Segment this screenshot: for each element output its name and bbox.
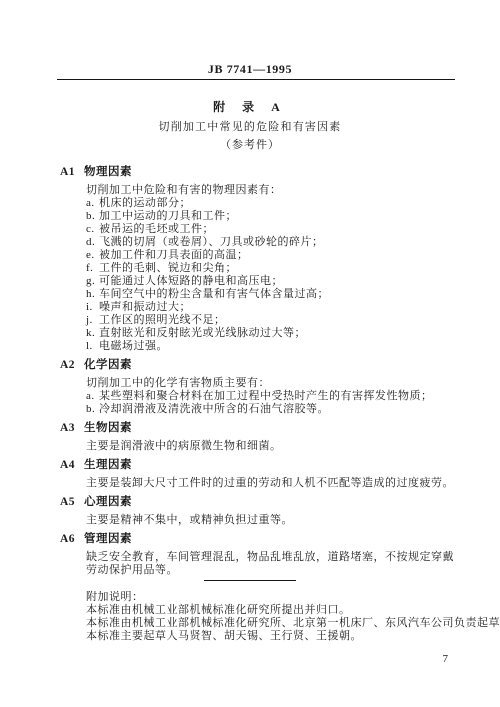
item-text: 电磁场过强。 <box>99 340 168 352</box>
appendix-note: （参考件） <box>0 138 500 152</box>
section-title: 心理因素 <box>84 496 132 508</box>
section-a3: A3生物因素 主要是润滑液中的病原微生物和细菌。 <box>60 421 456 453</box>
item-text: 机床的运动部分； <box>99 197 191 209</box>
list-item: k.直射眩光和反射眩光或光线脉动过大等； <box>86 327 456 340</box>
list-item: b.冷却润滑液及清洗液中所含的石油气溶胶等。 <box>86 403 456 416</box>
item-text: 加工中运动的刀具和工件； <box>99 210 237 222</box>
section-body: 主要是精神不集中，或精神负担过重等。 <box>86 514 456 527</box>
section-title: 管理因素 <box>84 533 132 545</box>
item-label: g. <box>86 275 99 288</box>
list-item: e.被加工件和刀具表面的高温； <box>86 249 456 262</box>
section-heading: A4生理因素 <box>60 458 456 472</box>
section-id: A6 <box>60 532 84 546</box>
item-text: 工作区的照明光线不足； <box>99 314 226 326</box>
item-label: i. <box>86 301 99 314</box>
item-label: h. <box>86 288 99 301</box>
addendum-line: 本标准由机械工业部机械标准化研究所、北京第一机床厂、东风汽车公司负责起草。 <box>86 617 456 630</box>
item-text: 噪声和振动过大； <box>99 301 191 313</box>
item-label: c. <box>86 223 99 236</box>
item-label: k. <box>86 327 99 340</box>
item-text: 可能通过人体短路的静电和高压电； <box>99 275 283 287</box>
section-intro: 切削加工中危险和有害的物理因素有： <box>86 184 456 197</box>
list-item: a.某些塑料和聚合材料在加工过程中受热时产生的有害挥发性物质； <box>86 390 456 403</box>
section-body: 主要是装卸大尺寸工件时的过重的劳动和人机不匹配等造成的过度疲劳。 <box>86 477 456 490</box>
section-title: 物理因素 <box>84 166 132 178</box>
addendum-line: 本标准由机械工业部机械标准化研究所提出并归口。 <box>86 604 456 617</box>
item-text: 被吊运的毛坯或工件； <box>99 223 214 235</box>
section-id: A3 <box>60 421 84 435</box>
item-label: a. <box>86 197 99 210</box>
section-items: a.机床的运动部分； b.加工中运动的刀具和工件； c.被吊运的毛坯或工件； d… <box>86 197 456 353</box>
list-item: j.工作区的照明光线不足； <box>86 314 456 327</box>
section-items: a.某些塑料和聚合材料在加工过程中受热时产生的有害挥发性物质； b.冷却润滑液及… <box>86 390 456 416</box>
item-label: a. <box>86 390 99 403</box>
item-label: b. <box>86 403 99 416</box>
section-a1: A1物理因素 切削加工中危险和有害的物理因素有： a.机床的运动部分； b.加工… <box>60 165 456 353</box>
addendum-title: 附加说明： <box>86 591 456 604</box>
section-id: A5 <box>60 495 84 509</box>
section-id: A2 <box>60 358 84 372</box>
list-item: g.可能通过人体短路的静电和高压电； <box>86 275 456 288</box>
list-item: f.工件的毛刺、锐边和尖角； <box>86 262 456 275</box>
section-heading: A3生物因素 <box>60 421 456 435</box>
document-body: A1物理因素 切削加工中危险和有害的物理因素有： a.机床的运动部分； b.加工… <box>0 152 500 564</box>
item-label: j. <box>86 314 99 327</box>
list-item: b.加工中运动的刀具和工件； <box>86 210 456 223</box>
section-heading: A2化学因素 <box>60 358 456 372</box>
section-body: 切削加工中的化学有害物质主要有： a.某些塑料和聚合材料在加工过程中受热时产生的… <box>86 377 456 416</box>
section-intro: 主要是装卸大尺寸工件时的过重的劳动和人机不匹配等造成的过度疲劳。 <box>86 477 456 490</box>
item-label: b. <box>86 210 99 223</box>
section-body: 切削加工中危险和有害的物理因素有： a.机床的运动部分； b.加工中运动的刀具和… <box>86 184 456 353</box>
section-title: 生理因素 <box>84 459 132 471</box>
addendum: 附加说明： 本标准由机械工业部机械标准化研究所提出并归口。 本标准由机械工业部机… <box>86 591 456 643</box>
section-id: A4 <box>60 458 84 472</box>
list-item: d.飞溅的切屑（或卷屑）、刀具或砂轮的碎片； <box>86 236 456 249</box>
document-page: JB 7741—1995 附 录 A 切削加工中常见的危险和有害因素 （参考件）… <box>0 0 500 707</box>
section-body: 主要是润滑液中的病原微生物和细菌。 <box>86 440 456 453</box>
appendix-title: 附 录 A <box>0 100 500 115</box>
list-item: c.被吊运的毛坯或工件； <box>86 223 456 236</box>
section-heading: A5心理因素 <box>60 495 456 509</box>
section-intro: 主要是润滑液中的病原微生物和细菌。 <box>86 440 456 453</box>
header-rule <box>57 79 455 80</box>
section-a5: A5心理因素 主要是精神不集中，或精神负担过重等。 <box>60 495 456 527</box>
list-item: i.噪声和振动过大； <box>86 301 456 314</box>
item-text: 工件的毛刺、锐边和尖角； <box>99 262 237 274</box>
section-id: A1 <box>60 165 84 179</box>
section-title: 化学因素 <box>84 359 132 371</box>
section-divider <box>204 580 296 581</box>
appendix-heading: 附 录 A 切削加工中常见的危险和有害因素 （参考件） <box>0 100 500 152</box>
item-text: 冷却润滑液及清洗液中所含的石油气溶胶等。 <box>99 403 329 415</box>
section-title: 生物因素 <box>84 422 132 434</box>
addendum-line: 本标准主要起草人马贤智、胡天锡、王行贤、王援朝。 <box>86 630 456 643</box>
section-intro: 切削加工中的化学有害物质主要有： <box>86 377 456 390</box>
item-text: 某些塑料和聚合材料在加工过程中受热时产生的有害挥发性物质； <box>99 390 433 402</box>
page-number: 7 <box>443 653 449 665</box>
item-label: d. <box>86 236 99 249</box>
appendix-subtitle: 切削加工中常见的危险和有害因素 <box>0 120 500 134</box>
section-a4: A4生理因素 主要是装卸大尺寸工件时的过重的劳动和人机不匹配等造成的过度疲劳。 <box>60 458 456 490</box>
list-item: a.机床的运动部分； <box>86 197 456 210</box>
section-intro: 缺乏安全教育，车间管理混乱，物品乱堆乱放，道路堵塞，不按规定穿戴劳动保护用品等。 <box>86 551 456 564</box>
list-item: h.车间空气中的粉尘含量和有害气体含量过高； <box>86 288 456 301</box>
item-label: f. <box>86 262 99 275</box>
section-a2: A2化学因素 切削加工中的化学有害物质主要有： a.某些塑料和聚合材料在加工过程… <box>60 358 456 416</box>
section-intro: 主要是精神不集中，或精神负担过重等。 <box>86 514 456 527</box>
section-body: 缺乏安全教育，车间管理混乱，物品乱堆乱放，道路堵塞，不按规定穿戴劳动保护用品等。 <box>86 551 456 564</box>
list-item: l.电磁场过强。 <box>86 340 456 353</box>
item-text: 直射眩光和反射眩光或光线脉动过大等； <box>99 327 306 339</box>
section-heading: A6管理因素 <box>60 532 456 546</box>
item-label: l. <box>86 340 99 353</box>
item-label: e. <box>86 249 99 262</box>
section-a6: A6管理因素 缺乏安全教育，车间管理混乱，物品乱堆乱放，道路堵塞，不按规定穿戴劳… <box>60 532 456 564</box>
item-text: 飞溅的切屑（或卷屑）、刀具或砂轮的碎片； <box>99 236 324 248</box>
section-heading: A1物理因素 <box>60 165 456 179</box>
item-text: 车间空气中的粉尘含量和有害气体含量过高； <box>99 288 329 300</box>
standard-number: JB 7741—1995 <box>0 0 500 77</box>
item-text: 被加工件和刀具表面的高温； <box>99 249 249 261</box>
